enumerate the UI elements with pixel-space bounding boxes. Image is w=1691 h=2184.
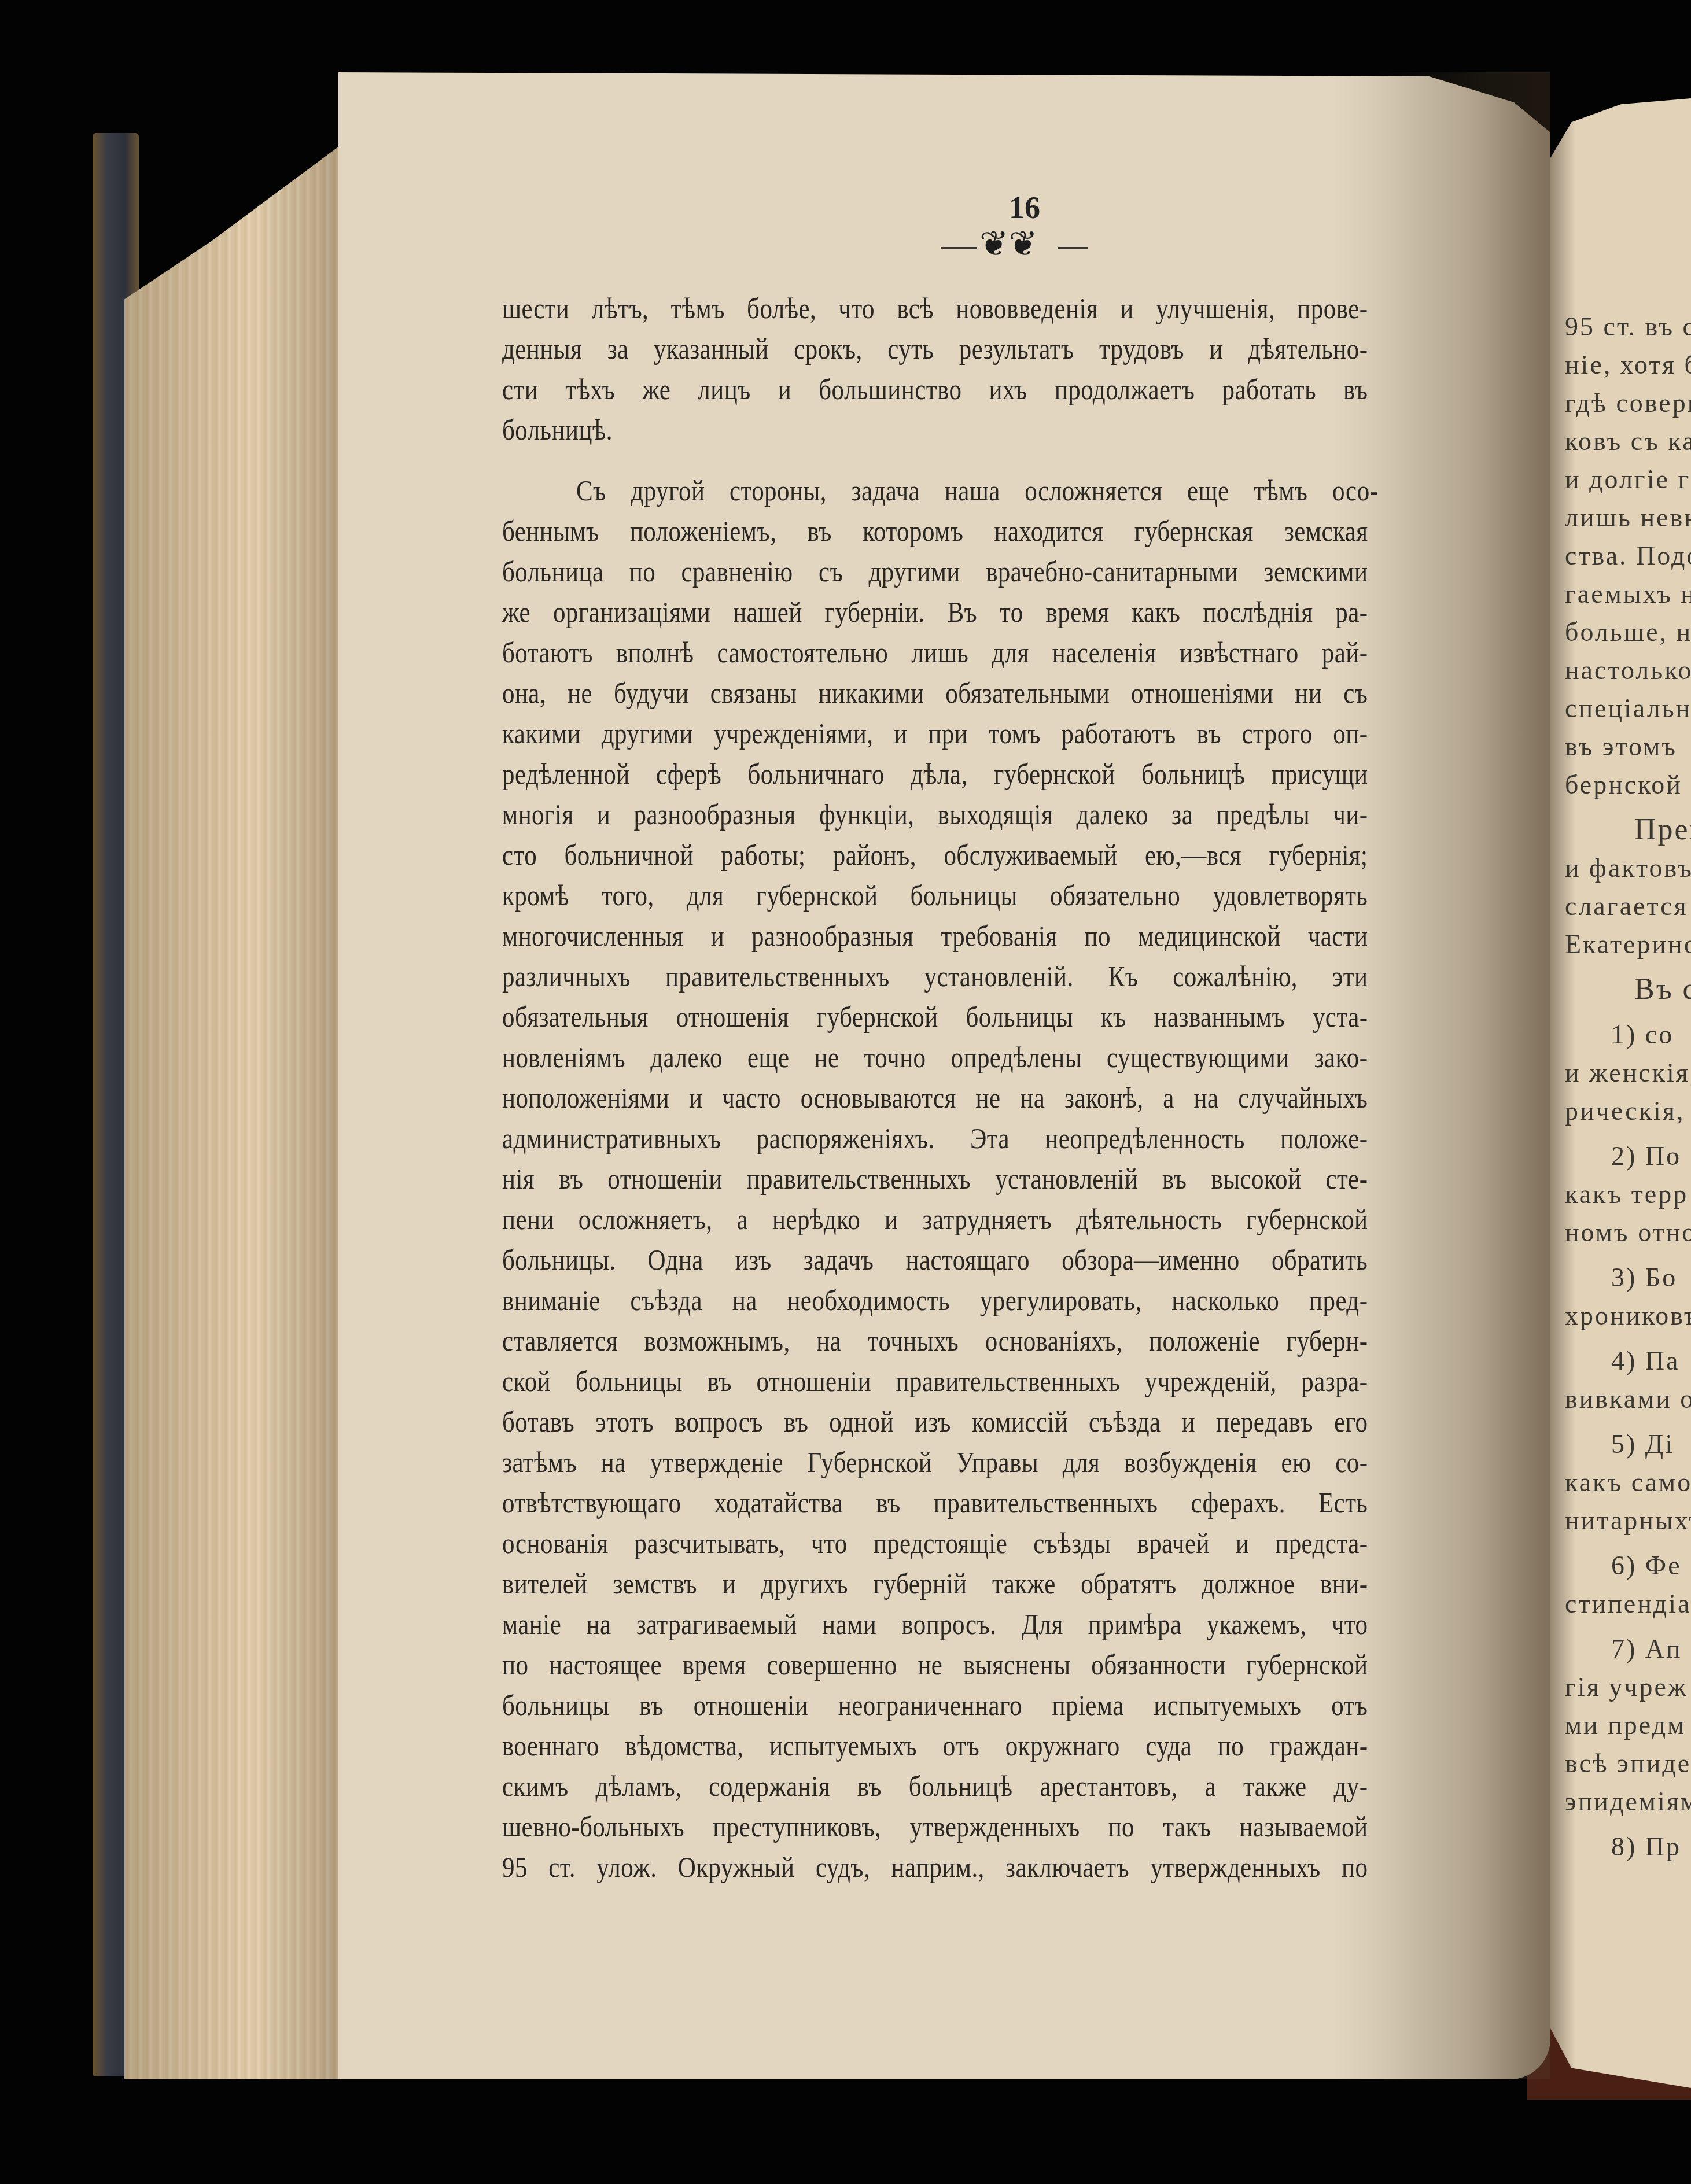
text-line: ноположеніями и часто основываются не на… bbox=[502, 1079, 1368, 1117]
text-line: спеціальна bbox=[1565, 691, 1691, 726]
text-line: 4) Па bbox=[1611, 1344, 1679, 1378]
text-line: кромѣ того, для губернской больницы обяз… bbox=[502, 876, 1368, 914]
text-line: нитарныхъ bbox=[1565, 1503, 1691, 1538]
text-line: всѣ эпиде bbox=[1565, 1746, 1691, 1781]
text-line: и женскія, bbox=[1565, 1056, 1691, 1090]
text-line: различныхъ правительственныхъ установлен… bbox=[502, 957, 1368, 995]
text-line: Съ другой стороны, задача наша осложняет… bbox=[576, 471, 1378, 510]
text-line: обязательныя отношенія губернской больни… bbox=[502, 998, 1368, 1036]
text-line: 1) со bbox=[1611, 1017, 1674, 1052]
text-line: ми предм bbox=[1565, 1708, 1686, 1743]
text-line: 5) Ді bbox=[1611, 1427, 1674, 1462]
text-line: ства. Подо bbox=[1565, 538, 1691, 573]
text-line: пени осложняетъ, а нерѣдко и затрудняетъ… bbox=[502, 1200, 1368, 1238]
text-line: слагается bbox=[1565, 889, 1688, 924]
text-line: какими другими учрежденіями, и при томъ … bbox=[502, 714, 1368, 752]
text-line: денныя за указанный срокъ, суть результа… bbox=[502, 330, 1368, 368]
text-line: больницы. Одна изъ задачъ настоящаго обз… bbox=[502, 1241, 1368, 1279]
text-line: въ этомъ bbox=[1565, 729, 1677, 764]
text-line: эпидеміям bbox=[1565, 1784, 1691, 1819]
text-line: бернской з bbox=[1565, 768, 1691, 802]
text-line: она, не будучи связаны никакими обязател… bbox=[502, 674, 1368, 712]
text-line: военнаго вѣдомства, испытуемыхъ отъ окру… bbox=[502, 1726, 1368, 1765]
text-line: новленіямъ далеко еще не точно опредѣлен… bbox=[502, 1038, 1368, 1076]
text-line: больницѣ. bbox=[502, 411, 1368, 449]
text-line: 95 ст. въ с bbox=[1565, 309, 1691, 344]
text-line: затѣмъ на утвержденіе Губернской Управы … bbox=[502, 1443, 1368, 1481]
text-line: 95 ст. улож. Окружный судъ, наприм., зак… bbox=[502, 1848, 1368, 1886]
text-line: Преж bbox=[1634, 813, 1691, 847]
text-line: вниманіе съѣзда на необходимость урегули… bbox=[502, 1281, 1368, 1319]
text-line: какъ само bbox=[1565, 1465, 1691, 1500]
text-line: и фактовъ bbox=[1565, 851, 1691, 886]
text-line: больница по сравненію съ другими врачебн… bbox=[502, 552, 1368, 591]
text-line: вивками о bbox=[1565, 1382, 1691, 1416]
text-line: беннымъ положеніемъ, въ которомъ находит… bbox=[502, 512, 1368, 550]
text-line: ботаютъ вполнѣ самостоятельно лишь для н… bbox=[502, 633, 1368, 672]
text-line: какъ терр bbox=[1565, 1177, 1688, 1212]
text-line: сто больничной работы; районъ, обслужива… bbox=[502, 836, 1368, 874]
text-line: многочисленныя и разнообразныя требовані… bbox=[502, 917, 1368, 955]
text-line: многія и разнообразныя функціи, выходящі… bbox=[502, 795, 1368, 833]
text-line: вителей земствъ и другихъ губерній также… bbox=[502, 1565, 1368, 1603]
text-line: и долгіе го bbox=[1565, 462, 1691, 497]
text-line: скимъ дѣламъ, содержанія въ больницѣ аре… bbox=[502, 1767, 1368, 1805]
header-ornament: ❦❦ bbox=[941, 227, 1088, 268]
text-line: же организаціями нашей губерніи. Въ то в… bbox=[502, 593, 1368, 631]
text-line: отвѣтствующаго ходатайства въ правительс… bbox=[502, 1484, 1368, 1522]
text-line: ботавъ этотъ вопросъ въ одной изъ комисс… bbox=[502, 1403, 1368, 1441]
text-line: 7) Ап bbox=[1611, 1632, 1682, 1666]
text-line: стипендіат bbox=[1565, 1587, 1691, 1621]
text-line: больше, но bbox=[1565, 615, 1691, 650]
text-line: гдѣ соверш bbox=[1565, 386, 1691, 420]
text-line: шести лѣтъ, тѣмъ болѣе, что всѣ нововвед… bbox=[502, 289, 1368, 327]
page-number: 16 bbox=[1007, 190, 1042, 226]
text-line: рическія, п bbox=[1565, 1094, 1691, 1128]
text-line: номъ отно bbox=[1565, 1215, 1691, 1250]
text-line: сти тѣхъ же лицъ и большинство ихъ продо… bbox=[502, 370, 1368, 408]
text-line: по настоящее время совершенно не выяснен… bbox=[502, 1646, 1368, 1684]
text-line: Екатерино bbox=[1565, 927, 1691, 962]
text-line: ставляется возможнымъ, на точныхъ основа… bbox=[502, 1322, 1368, 1360]
ornament-rule-right bbox=[1058, 247, 1088, 249]
text-line: лишь невн bbox=[1565, 500, 1691, 535]
text-line: 3) Бо bbox=[1611, 1260, 1677, 1295]
text-line: больницы въ отношеніи неограниченнаго пр… bbox=[502, 1686, 1368, 1724]
text-line: гія учреж bbox=[1565, 1670, 1688, 1705]
text-line: ніе, хотя б bbox=[1565, 348, 1691, 382]
fleuron-icon: ❦❦ bbox=[979, 224, 1038, 264]
text-line: ковъ съ ка bbox=[1565, 424, 1691, 459]
text-line: настолько bbox=[1565, 653, 1691, 688]
text-line: шевно-больныхъ преступниковъ, утвержденн… bbox=[502, 1807, 1368, 1846]
text-line: нія въ отношеніи правительственныхъ уста… bbox=[502, 1160, 1368, 1198]
text-line: 8) Пр bbox=[1611, 1829, 1681, 1864]
text-line: 6) Фе bbox=[1611, 1548, 1682, 1583]
text-line: основанія разсчитывать, что предстоящіе … bbox=[502, 1524, 1368, 1562]
text-line: хрониковъ bbox=[1565, 1298, 1691, 1333]
ornament-rule-left bbox=[941, 247, 977, 249]
text-line: административныхъ распоряженіяхъ. Эта не… bbox=[502, 1119, 1368, 1157]
text-line: гаемыхъ н bbox=[1565, 577, 1691, 611]
page-stack-edges bbox=[124, 145, 341, 2079]
text-line: маніе на затрагиваемый нами вопросъ. Для… bbox=[502, 1605, 1368, 1643]
text-line: ской больницы въ отношеніи правительстве… bbox=[502, 1362, 1368, 1400]
text-line: 2) По bbox=[1611, 1139, 1681, 1174]
text-line: редѣленной сферѣ больничнаго дѣла, губер… bbox=[502, 755, 1368, 793]
text-line: Въ со bbox=[1634, 972, 1691, 1007]
